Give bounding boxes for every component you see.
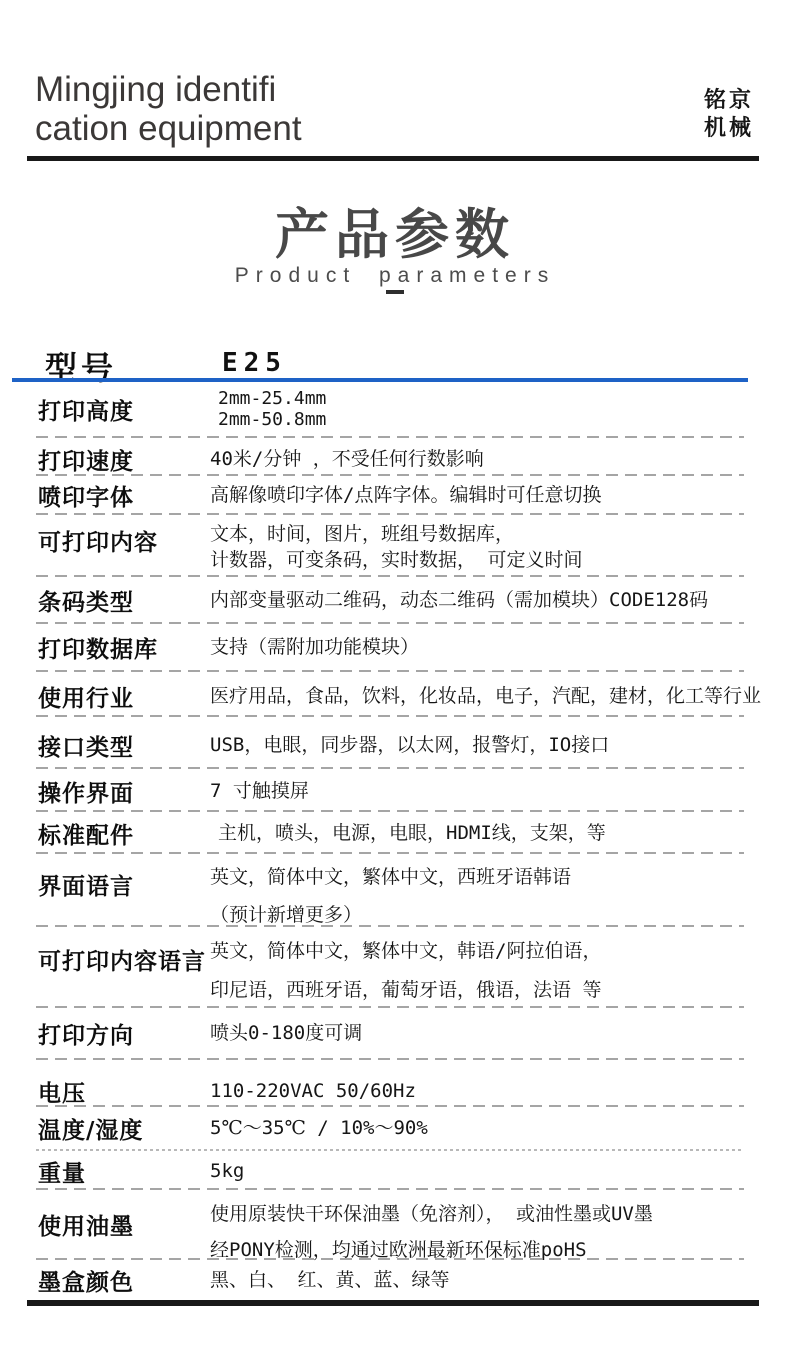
row-value: 5℃～35℃ / 10%～90% <box>210 1115 428 1141</box>
row-value: 英文，简体中文，繁体中文，韩语/阿拉伯语， 印尼语，西班牙语，葡萄牙语，俄语，法… <box>210 932 601 1010</box>
table-row: 重量 5kg <box>0 1158 790 1184</box>
row-value: 黑、白、 红、黄、蓝、绿等 <box>210 1267 449 1293</box>
row-label: 重量 <box>38 1155 210 1188</box>
row-label: 喷印字体 <box>38 479 210 512</box>
brand-name-en: Mingjing identifi cation equipment <box>35 70 302 148</box>
row-label: 打印高度 <box>38 393 210 426</box>
row-label: 操作界面 <box>38 775 210 808</box>
brand-cn-line2: 机械 <box>704 114 754 142</box>
row-value-line: 2mm-50.8mm <box>218 409 326 430</box>
row-value: 110-220VAC 50/60Hz <box>210 1078 416 1104</box>
row-separator <box>36 670 744 672</box>
row-value: 5kg <box>210 1158 244 1184</box>
table-row: 打印数据库 支持（需附加功能模块） <box>0 634 790 660</box>
row-label: 界面语言 <box>38 868 210 901</box>
row-separator <box>36 1258 744 1260</box>
row-separator <box>36 1188 744 1190</box>
row-value-line: 印尼语，西班牙语，葡萄牙语，俄语，法语 等 <box>210 971 601 1010</box>
row-value-line: 文本，时间，图片，班组号数据库， <box>210 521 582 547</box>
footer-divider <box>27 1300 759 1306</box>
row-value-line: 内部变量驱动二维码，动态二维码（需加模块）CODE128码 <box>210 587 708 613</box>
accent-divider <box>12 378 748 382</box>
row-value-line: 5℃～35℃ / 10%～90% <box>210 1115 428 1141</box>
row-value-line: 计数器，可变条码，实时数据， 可定义时间 <box>210 547 582 573</box>
row-value: 主机，喷头，电源，电眼，HDMI线，支架，等 <box>210 820 606 846</box>
row-separator <box>36 1058 744 1060</box>
header-divider <box>27 156 759 161</box>
row-value: 7 寸触摸屏 <box>210 778 309 804</box>
page-title: 产品参数 <box>0 192 790 269</box>
row-value: 内部变量驱动二维码，动态二维码（需加模块）CODE128码 <box>210 587 708 613</box>
table-row: 电压 110-220VAC 50/60Hz <box>0 1078 790 1104</box>
row-value-line: USB，电眼，同步器，以太网，报警灯，IO接口 <box>210 732 609 758</box>
table-row: 打印速度 40米/分钟 ，不受任何行数影响 <box>0 446 790 472</box>
row-value: USB，电眼，同步器，以太网，报警灯，IO接口 <box>210 732 609 758</box>
table-row: 界面语言 英文，简体中文，繁体中文，西班牙语韩语 （预计新增更多） <box>0 858 790 934</box>
row-separator <box>36 810 744 812</box>
table-row: 接口类型 USB，电眼，同步器，以太网，报警灯，IO接口 <box>0 732 790 758</box>
row-value-line: 经PONY检测，均通过欧洲最新环保标准poHS <box>210 1232 653 1268</box>
row-label: 条码类型 <box>38 584 210 617</box>
row-value: 高解像喷印字体/点阵字体。编辑时可任意切换 <box>210 482 601 508</box>
row-separator <box>36 436 744 438</box>
brand-cn-line1: 铭京 <box>704 86 754 114</box>
row-separator <box>36 474 744 476</box>
row-value: 支持（需附加功能模块） <box>210 634 419 660</box>
table-row: 标准配件 主机，喷头，电源，电眼，HDMI线，支架，等 <box>0 820 790 846</box>
row-value-line: 医疗用品，食品，饮料，化妆品，电子，汽配，建材，化工等行业 <box>210 683 761 709</box>
row-value-line: 英文，简体中文，繁体中文，韩语/阿拉伯语， <box>210 932 601 971</box>
row-value: 英文，简体中文，繁体中文，西班牙语韩语 （预计新增更多） <box>210 858 571 934</box>
row-value-line: 高解像喷印字体/点阵字体。编辑时可任意切换 <box>210 482 601 508</box>
product-parameters-page: Mingjing identifi cation equipment 铭京 机械… <box>0 0 790 1350</box>
row-value-line: （预计新增更多） <box>210 896 571 934</box>
table-row: 喷印字体 高解像喷印字体/点阵字体。编辑时可任意切换 <box>0 482 790 508</box>
row-label: 电压 <box>38 1075 210 1108</box>
model-value: E25 <box>222 348 287 378</box>
row-label: 使用行业 <box>38 680 210 713</box>
row-value-line: 7 寸触摸屏 <box>210 778 309 804</box>
row-value: 喷头0-180度可调 <box>210 1020 362 1046</box>
table-row: 可打印内容语言 英文，简体中文，繁体中文，韩语/阿拉伯语， 印尼语，西班牙语，葡… <box>0 932 790 1010</box>
table-row: 墨盒颜色 黑、白、 红、黄、蓝、绿等 <box>0 1267 790 1293</box>
model-label: 型号 <box>45 343 117 389</box>
row-label: 打印数据库 <box>38 631 210 664</box>
row-separator <box>36 513 744 515</box>
row-value: 40米/分钟 ，不受任何行数影响 <box>210 446 484 472</box>
row-value-line: 使用原装快干环保油墨（免溶剂）， 或油性墨或UV墨 <box>210 1196 653 1232</box>
row-value-line: 黑、白、 红、黄、蓝、绿等 <box>210 1267 449 1293</box>
table-row: 条码类型 内部变量驱动二维码，动态二维码（需加模块）CODE128码 <box>0 587 790 613</box>
row-label: 可打印内容 <box>38 524 210 557</box>
row-value-line: 110-220VAC 50/60Hz <box>210 1078 416 1104</box>
row-value-line: 主机，喷头，电源，电眼，HDMI线，支架，等 <box>218 820 606 846</box>
table-row: 可打印内容 文本，时间，图片，班组号数据库， 计数器，可变条码，实时数据， 可定… <box>0 521 790 573</box>
row-value-line: 支持（需附加功能模块） <box>210 634 419 660</box>
row-label: 温度/湿度 <box>38 1112 210 1145</box>
row-value-line: 英文，简体中文，繁体中文，西班牙语韩语 <box>210 858 571 896</box>
row-value-line: 40米/分钟 ，不受任何行数影响 <box>210 446 484 472</box>
row-separator <box>36 925 744 927</box>
table-row: 打印高度 2mm-25.4mm 2mm-50.8mm <box>0 388 790 430</box>
row-separator <box>36 852 744 854</box>
row-separator <box>36 767 744 769</box>
brand-name-line2: cation equipment <box>35 109 302 148</box>
table-row: 打印方向 喷头0-180度可调 <box>0 1020 790 1046</box>
row-value-line: 2mm-25.4mm <box>218 388 326 409</box>
row-separator <box>36 1105 744 1107</box>
page-subtitle: Product parameters <box>0 264 790 288</box>
brand-name-line1: Mingjing identifi <box>35 70 302 109</box>
row-value-line: 喷头0-180度可调 <box>210 1020 362 1046</box>
row-separator <box>36 622 744 624</box>
table-row: 温度/湿度 5℃～35℃ / 10%～90% <box>0 1115 790 1141</box>
row-value: 2mm-25.4mm 2mm-50.8mm <box>210 388 326 430</box>
row-label: 墨盒颜色 <box>38 1264 210 1297</box>
title-underline <box>386 290 404 294</box>
row-label: 打印速度 <box>38 443 210 476</box>
row-separator <box>36 715 744 717</box>
row-label: 使用油墨 <box>38 1208 210 1241</box>
row-separator <box>36 575 744 577</box>
row-separator <box>36 1006 744 1008</box>
row-value: 医疗用品，食品，饮料，化妆品，电子，汽配，建材，化工等行业 <box>210 683 761 709</box>
table-row: 使用行业 医疗用品，食品，饮料，化妆品，电子，汽配，建材，化工等行业 <box>0 683 790 709</box>
row-value-line: 5kg <box>210 1158 244 1184</box>
row-label: 可打印内容语言 <box>38 943 210 976</box>
table-row: 操作界面 7 寸触摸屏 <box>0 778 790 804</box>
brand-name-cn: 铭京 机械 <box>704 86 754 142</box>
row-label: 标准配件 <box>38 817 210 850</box>
row-label: 打印方向 <box>38 1017 210 1050</box>
row-label: 接口类型 <box>38 729 210 762</box>
row-value: 文本，时间，图片，班组号数据库， 计数器，可变条码，实时数据， 可定义时间 <box>210 521 582 573</box>
row-separator <box>36 1149 744 1151</box>
